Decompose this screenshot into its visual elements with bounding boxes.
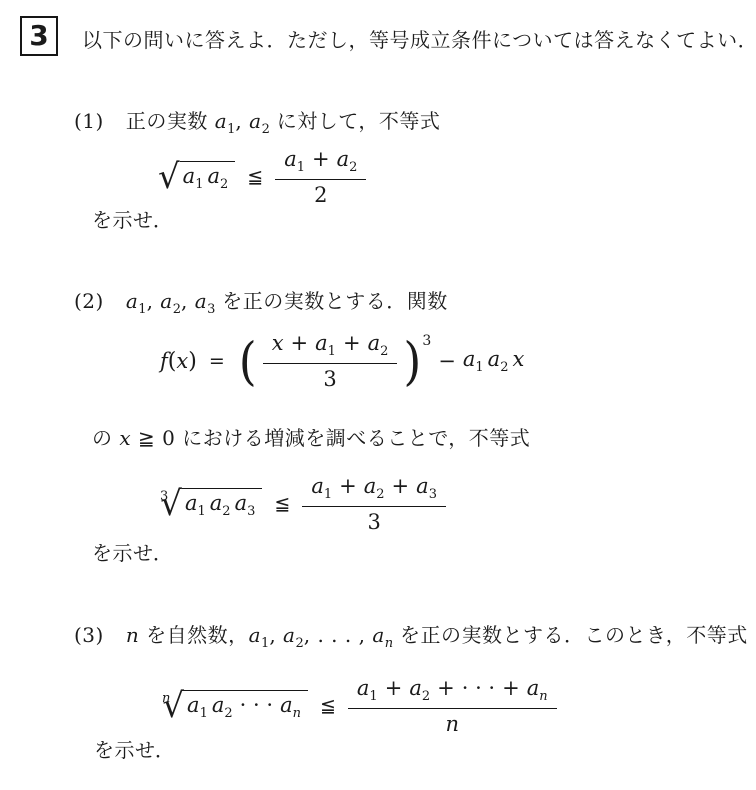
part3-show-text: を示せ． — [94, 737, 175, 764]
cdots: · · · — [240, 693, 273, 717]
function-arg: x — [176, 349, 188, 373]
part2-intro: a1, a2, a3 を正の実数とする．関数 — [126, 289, 448, 313]
square-root: √ a1a2 — [158, 160, 235, 194]
instruction-text: 以下の問いに答えよ．ただし，等号成立条件については答えなくてよい． — [82, 27, 756, 54]
problem-number: 3 — [29, 22, 48, 50]
radical-sign: √ — [158, 160, 180, 194]
formula-tail: a1a2x — [463, 347, 524, 374]
fraction: a1+a2 2 — [275, 147, 366, 206]
fraction-numerator: a1+a2+· · ·+an — [348, 676, 557, 708]
part2-label: (2) — [74, 289, 104, 313]
fraction-denominator: n — [446, 709, 460, 736]
leq-sign: ≦ — [274, 493, 290, 515]
part3-label: (3) — [74, 623, 104, 647]
fraction-numerator: a1+a2 — [275, 147, 366, 179]
part3-heading: (3)n を自然数，a1, a2, . . . , an を正の実数とする．この… — [74, 622, 748, 650]
part3-intro: n を自然数，a1, a2, . . . , an を正の実数とする．このとき，… — [126, 623, 748, 647]
root-index: 3 — [160, 489, 168, 504]
cube-root: 3 √ a1a2a3 — [160, 487, 262, 521]
cdots: · · · — [462, 676, 495, 700]
radicand: a1a2· · ·an — [184, 690, 308, 720]
leq-sign: ≦ — [247, 166, 263, 188]
root-index: n — [162, 691, 170, 706]
fraction-denominator: 3 — [367, 507, 380, 534]
fraction-numerator: a1+a2+a3 — [302, 474, 446, 506]
problem-number-box: 3 — [20, 16, 58, 56]
part3-formula: n √ a1a2· · ·an ≦ a1+a2+· · ·+an n — [162, 674, 557, 738]
lparen-small: ( — [168, 349, 177, 374]
part2-inequality-formula: 3 √ a1a2a3 ≦ a1+a2+a3 3 — [160, 472, 446, 536]
part1-heading: (1)正の実数 a1, a2 に対して，不等式 — [74, 108, 440, 136]
part1-show-text: を示せ． — [92, 207, 173, 234]
fraction: a1+a2+a3 3 — [302, 474, 446, 533]
fraction-numerator: x+a1+a2 — [263, 331, 398, 363]
radicand: a1a2 — [180, 161, 236, 191]
fraction: a1+a2+· · ·+an n — [348, 676, 557, 735]
nth-root: n √ a1a2· · ·an — [162, 689, 308, 723]
radicand: a1a2a3 — [182, 488, 262, 518]
fraction: x+a1+a2 3 — [263, 331, 398, 390]
leq-sign: ≦ — [320, 695, 336, 717]
big-rparen: ) — [403, 335, 421, 387]
minus-sign: − — [438, 349, 456, 373]
fraction-denominator: 3 — [323, 364, 336, 391]
equals-sign: = — [209, 350, 225, 372]
big-lparen: ( — [239, 335, 257, 387]
exam-page: 3 以下の問いに答えよ．ただし，等号成立条件については答えなくてよい． (1)正… — [0, 0, 756, 790]
part2-show-text: を示せ． — [92, 540, 173, 567]
part1-formula: √ a1a2 ≦ a1+a2 2 — [158, 146, 366, 208]
part2-function-formula: f(x) = ( x+a1+a2 3 )3 − a1a2x — [160, 329, 524, 393]
rparen-small: ) — [188, 349, 197, 374]
exponent: 3 — [422, 333, 431, 349]
part2-heading: (2)a1, a2, a3 を正の実数とする．関数 — [74, 288, 448, 316]
part2-mid-text: の x ≧ 0 における増減を調べることで，不等式 — [92, 425, 530, 452]
fraction-denominator: 2 — [314, 180, 327, 207]
function-name: f — [160, 349, 168, 373]
part1-intro: 正の実数 a1, a2 に対して，不等式 — [126, 109, 440, 133]
part1-label: (1) — [74, 109, 104, 133]
